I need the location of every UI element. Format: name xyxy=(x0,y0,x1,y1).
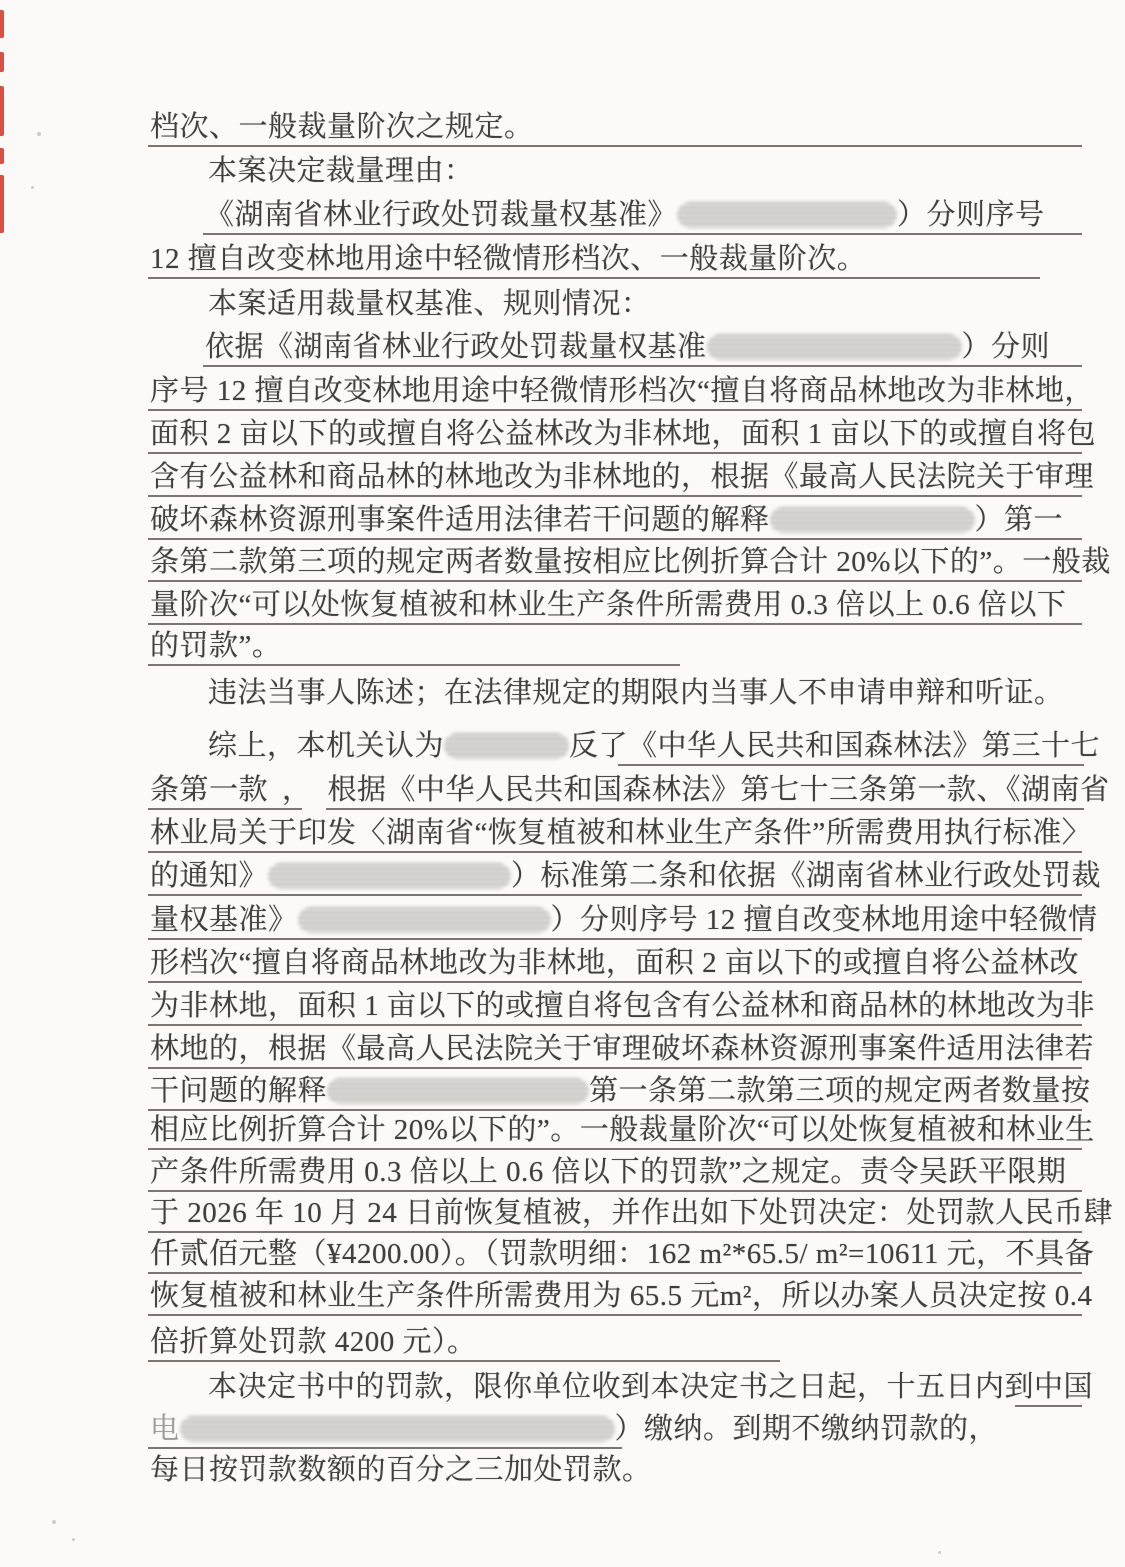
document-line: 恢复植被和林业生产条件所需费用为 65.5 元m²，所以办案人员决定按 0.4 xyxy=(150,1279,1093,1317)
document-line: 面积 2 亩以下的或擅自将公益林改为非林地，面积 1 亩以下的或擅自将包 xyxy=(150,417,1096,455)
redaction-blur xyxy=(268,863,511,889)
document-line: 干问题的解释第一条第二款第三项的规定两者数量按 xyxy=(150,1074,1091,1112)
line-text: 本案决定裁量理由： xyxy=(208,154,474,188)
ruling-line xyxy=(148,894,1082,896)
line-text: 第一条第二款第三项的规定两者数量按 xyxy=(589,1074,1091,1108)
document-line: 林地的，根据《最高人民法院关于审理破坏森林资源刑事案件适用法律若 xyxy=(150,1032,1094,1070)
line-text: 林地的，根据《最高人民法院关于审理破坏森林资源刑事案件适用法律若 xyxy=(150,1032,1094,1066)
line-text: 条第二款第三项的规定两者数量按相应比例折算合计 20%以下的”。一般裁 xyxy=(150,545,1111,579)
scanned-document-page: 档次、一般裁量阶次之规定。本案决定裁量理由：《湖南省林业行政处罚裁量权基准》）分… xyxy=(0,0,1125,1567)
line-text: 反了《中华人民共和国森林法》第三十七 xyxy=(569,729,1100,763)
line-text: 仟贰佰元整（¥4200.00）。（罚款明细：162 m²*65.5/ m²=10… xyxy=(150,1237,1094,1271)
document-line: 12 擅自改变林地用途中轻微情形档次、一般裁量阶次。 xyxy=(150,242,866,280)
redaction-blur xyxy=(180,1416,615,1442)
document-line: 仟贰佰元整（¥4200.00）。（罚款明细：162 m²*65.5/ m²=10… xyxy=(150,1237,1094,1275)
ruling-line xyxy=(148,1067,1082,1069)
line-text: 依据《湖南省林业行政处罚裁量权基准 xyxy=(205,330,707,364)
document-line: 林业局关于印发〈湖南省“恢复植被和林业生产条件”所需费用执行标准〉 xyxy=(150,816,1091,854)
line-text: ）标准第二条和依据《湖南省林业行政处罚裁 xyxy=(511,859,1101,893)
document-line: 含有公益林和商品林的林地改为非林地的，根据《最高人民法院关于审理 xyxy=(150,460,1094,498)
document-line: 倍折算处罚款 4200 元）。 xyxy=(150,1325,477,1363)
line-text: 本案适用裁量权基准、规则情况： xyxy=(208,287,651,321)
line-text: 干问题的解释 xyxy=(150,1074,327,1108)
document-line: 每日按罚款数额的百分之三加处罚款。 xyxy=(150,1453,652,1491)
line-text: ）缴纳。到期不缴纳罚款的， xyxy=(615,1412,999,1446)
line-text: ）分则序号 xyxy=(897,198,1045,232)
document-line: 的罚款”。 xyxy=(150,629,281,667)
line-text: ）分则 xyxy=(962,330,1051,364)
ruling-line xyxy=(148,1148,1082,1150)
ruling-line xyxy=(148,1314,1082,1316)
line-text: 的通知》 xyxy=(150,859,268,893)
line-text: 每日按罚款数额的百分之三加处罚款。 xyxy=(150,1453,652,1487)
line-text: 破坏森林资源刑事案件适用法律若干问题的解释 xyxy=(150,503,770,537)
document-line: 条第二款第三项的规定两者数量按相应比例折算合计 20%以下的”。一般裁 xyxy=(150,545,1111,583)
line-text: 12 擅自改变林地用途中轻微情形档次、一般裁量阶次。 xyxy=(150,242,866,276)
ruling-line xyxy=(148,145,1082,147)
line-text: 本决定书中的罚款，限你单位收到本决定书之日起，十五日内到中国 xyxy=(208,1370,1093,1404)
document-line: 形档次“擅自将商品林地改为非林地，面积 2 亩以下的或擅自将公益林改 xyxy=(150,946,1079,984)
line-text: 的罚款”。 xyxy=(150,629,281,663)
ruling-line xyxy=(148,1272,1082,1274)
document-line: 量阶次“可以处恢复植被和林业生产条件所需费用 0.3 倍以上 0.6 倍以下 xyxy=(150,588,1066,626)
redaction-blur xyxy=(298,907,551,933)
line-text: 恢复植被和林业生产条件所需费用为 65.5 元m²，所以办案人员决定按 0.4 xyxy=(150,1279,1093,1313)
line-text: 于 2026 年 10 月 24 日前恢复植被，并作出如下处罚决定：处罚款人民币… xyxy=(150,1196,1113,1230)
line-text: 电 xyxy=(150,1412,180,1446)
ruling-line xyxy=(1015,1405,1082,1407)
line-text: ）第一 xyxy=(975,503,1064,537)
ruling-line xyxy=(148,664,680,666)
ruling-line xyxy=(148,851,1082,853)
ruling-line xyxy=(148,452,1082,454)
line-text: 形档次“擅自将商品林地改为非林地，面积 2 亩以下的或擅自将公益林改 xyxy=(150,946,1079,980)
ruling-line xyxy=(148,409,1082,411)
document-line: 本决定书中的罚款，限你单位收到本决定书之日起，十五日内到中国 xyxy=(208,1370,1093,1408)
document-line: 产条件所需费用 0.3 倍以上 0.6 倍以下的罚款”之规定。责令吴跃平限期 xyxy=(150,1155,1066,1193)
scan-speck xyxy=(37,132,41,136)
line-text: 产条件所需费用 0.3 倍以上 0.6 倍以下的罚款”之规定。责令吴跃平限期 xyxy=(150,1155,1066,1189)
redaction-blur xyxy=(444,733,569,759)
document-line: 依据《湖南省林业行政处罚裁量权基准）分则 xyxy=(205,330,1050,368)
line-text: 相应比例折算合计 20%以下的”。一般裁量阶次“可以处恢复植被和林业生 xyxy=(150,1113,1095,1147)
document-line: 于 2026 年 10 月 24 日前恢复植被，并作出如下处罚决定：处罚款人民币… xyxy=(150,1196,1113,1234)
scan-speck xyxy=(52,1520,56,1524)
redaction-blur xyxy=(770,507,975,533)
ruling-line xyxy=(148,1190,1082,1192)
line-text: 量权基准》 xyxy=(150,903,298,937)
redaction-blur xyxy=(707,334,962,360)
line-text: 倍折算处罚款 4200 元）。 xyxy=(150,1325,477,1359)
ruling-line xyxy=(148,580,1082,582)
ruling-line xyxy=(148,1024,1082,1026)
line-text: 序号 12 擅自改变林地用途中轻微情形档次“擅自将商品林地改为非林地， xyxy=(150,374,1094,408)
line-text: 条第一款 xyxy=(150,773,268,807)
ruling-line xyxy=(148,1109,1082,1111)
ruling-line xyxy=(148,495,1082,497)
ruling-line xyxy=(148,1231,1082,1233)
document-line: 的通知》）标准第二条和依据《湖南省林业行政处罚裁 xyxy=(150,859,1101,897)
line-text: 违法当事人陈述；在法律规定的期限内当事人不申请申辩和听证。 xyxy=(208,676,1064,710)
ruling-line xyxy=(148,277,1040,279)
document-line: 电）缴纳。到期不缴纳罚款的， xyxy=(150,1412,998,1450)
ruling-line xyxy=(203,365,1082,367)
document-line: 《湖南省林业行政处罚裁量权基准》）分则序号 xyxy=(205,198,1045,236)
redaction-blur xyxy=(677,202,897,228)
text-gap xyxy=(312,798,328,799)
scan-speck xyxy=(31,186,34,189)
line-text: ， xyxy=(282,773,312,807)
document-line: 破坏森林资源刑事案件适用法律若干问题的解释）第一 xyxy=(150,503,1063,541)
text-gap xyxy=(268,798,282,799)
scan-speck xyxy=(938,1551,941,1554)
line-text: 为非林地，面积 1 亩以下的或擅自将包含有公益林和商品林的林地改为非 xyxy=(150,989,1095,1023)
ruling-line xyxy=(148,981,1082,983)
document-line: 相应比例折算合计 20%以下的”。一般裁量阶次“可以处恢复植被和林业生 xyxy=(150,1113,1095,1151)
document-line: 条第一款，根据《中华人民共和国森林法》第七十三条第一款、《湖南省 xyxy=(150,773,1110,811)
document-line: 本案适用裁量权基准、规则情况： xyxy=(208,287,651,325)
document-text-layer: 档次、一般裁量阶次之规定。本案决定裁量理由：《湖南省林业行政处罚裁量权基准》）分… xyxy=(0,0,1125,1567)
ruling-line xyxy=(618,764,1084,766)
line-text: ）分则序号 12 擅自改变林地用途中轻微情 xyxy=(551,903,1098,937)
ruling-line xyxy=(203,233,1082,235)
document-line: 为非林地，面积 1 亩以下的或擅自将包含有公益林和商品林的林地改为非 xyxy=(150,989,1095,1027)
line-text: 根据《中华人民共和国森林法》第七十三条第一款、《湖南省 xyxy=(328,773,1110,807)
document-line: 综上，本机关认为反了《中华人民共和国森林法》第三十七 xyxy=(208,729,1100,767)
line-text: 综上，本机关认为 xyxy=(208,729,444,763)
ruling-line xyxy=(148,538,1082,540)
line-text: 面积 2 亩以下的或擅自将公益林改为非林地，面积 1 亩以下的或擅自将包 xyxy=(150,417,1096,451)
line-text: 量阶次“可以处恢复植被和林业生产条件所需费用 0.3 倍以上 0.6 倍以下 xyxy=(150,588,1066,622)
document-line: 量权基准》）分则序号 12 擅自改变林地用途中轻微情 xyxy=(150,903,1098,941)
line-text: 含有公益林和商品林的林地改为非林地的，根据《最高人民法院关于审理 xyxy=(150,460,1094,494)
ruling-line xyxy=(148,938,1082,940)
document-line: 序号 12 擅自改变林地用途中轻微情形档次“擅自将商品林地改为非林地， xyxy=(150,374,1094,412)
document-line: 本案决定裁量理由： xyxy=(208,154,474,192)
ruling-line xyxy=(148,623,1082,625)
ruling-line xyxy=(326,808,1084,810)
ruling-line xyxy=(148,1447,622,1449)
ruling-line xyxy=(148,808,302,810)
ruling-line xyxy=(148,1360,780,1362)
document-line: 违法当事人陈述；在法律规定的期限内当事人不申请申辩和听证。 xyxy=(208,676,1064,714)
document-line: 档次、一般裁量阶次之规定。 xyxy=(150,110,534,148)
redaction-blur xyxy=(327,1078,589,1104)
line-text: 档次、一般裁量阶次之规定。 xyxy=(150,110,534,144)
line-text: 《湖南省林业行政处罚裁量权基准》 xyxy=(205,198,677,232)
scan-speck xyxy=(72,1538,75,1541)
line-text: 林业局关于印发〈湖南省“恢复植被和林业生产条件”所需费用执行标准〉 xyxy=(150,816,1091,850)
